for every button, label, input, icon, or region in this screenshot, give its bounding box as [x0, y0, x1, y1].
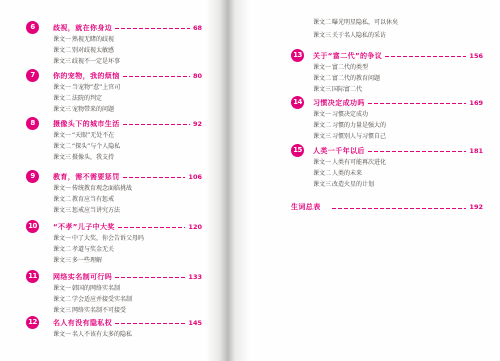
lesson-label: 课文二 — [53, 294, 72, 305]
item-number-badge: 10 — [26, 220, 39, 233]
toc-item-6: 6歧视，就在你身边68课文一熟视无睹的歧视课文二别对歧视太敏感课文三歧视不一定是… — [26, 21, 202, 67]
lesson-title: 孝道与奖金无关 — [72, 244, 114, 255]
toc-item-head: 11网络实名制可行吗133 — [26, 270, 202, 283]
toc-right-column: 课文二曝光明星隐私，可以休矣课文三关于名人隐私的采访 生词总表 192 13关于… — [291, 0, 483, 361]
item-number-badge: 14 — [291, 96, 304, 109]
leader-line — [123, 124, 190, 125]
lesson-title: 传统教育观念面临挑战 — [72, 183, 132, 194]
item-page-number: 68 — [193, 24, 202, 32]
lesson-title: “天眼”无处不在 — [72, 130, 114, 141]
lesson-title: “探头”与个人隐私 — [72, 141, 120, 152]
lesson-title: 曝光明星隐私，可以休矣 — [332, 16, 398, 29]
lesson-title: 惩戒应当讲究方法 — [72, 205, 120, 216]
lesson-title: 学会适应并接受实名制 — [72, 294, 132, 305]
lesson-row: 课文三网络实名制不可接受 — [53, 305, 202, 316]
item-number-badge: 13 — [291, 49, 304, 62]
lesson-label: 课文二 — [53, 93, 72, 104]
toc-item-9: 9教育，需不需要惩罚106课文一传统教育观念面临挑战课文二教育应当有惩戒课文三惩… — [26, 170, 202, 216]
lesson-row: 课文三关于名人隐私的采访 — [313, 29, 483, 42]
lesson-title: 歧视不一定是坏事 — [72, 56, 120, 67]
lesson-row: 课文二法院的判定 — [53, 93, 202, 104]
item-page-number: 156 — [469, 52, 483, 60]
lesson-title: 熟视无睹的歧视 — [72, 34, 114, 45]
item-page-number: 133 — [188, 273, 202, 281]
lesson-label: 课文三 — [53, 104, 72, 115]
lesson-title: 富二代的教育问题 — [332, 73, 380, 84]
lesson-label: 课文二 — [313, 168, 332, 179]
lesson-title: 富二代的类型 — [332, 62, 368, 73]
lesson-label: 课文三 — [313, 131, 332, 142]
lesson-row: 课文二曝光明星隐私，可以休矣 — [313, 16, 483, 29]
lesson-row: 课文一富二代的类型 — [313, 62, 483, 73]
toc-item-15: 15人类一千年以后181课文一人类有可能再次进化课文二人类的未来课文三改造火星的… — [291, 144, 483, 190]
item-title: 歧视，就在你身边 — [53, 23, 112, 33]
toc-item-head: 9教育，需不需要惩罚106 — [26, 170, 202, 183]
item-title: 名人有没有隐私权 — [53, 318, 112, 328]
item-page-number: 120 — [188, 223, 202, 231]
leader-line — [115, 277, 185, 278]
item-page-number: 145 — [188, 319, 202, 327]
item-number-badge: 12 — [26, 316, 39, 329]
leader-line — [385, 56, 466, 57]
lesson-row: 课文一中了大奖，你会告诉父母吗 — [53, 233, 202, 244]
lesson-title: 中了大奖，你会告诉父母吗 — [72, 233, 144, 244]
toc-item-head: 14习惯决定成功吗169 — [291, 96, 483, 109]
book-gutter-shadow — [206, 0, 250, 361]
lesson-row: 课文三习惯别人与习惯自己 — [313, 131, 483, 142]
lesson-row: 课文二“探头”与个人隐私 — [53, 141, 202, 152]
lesson-label: 课文三 — [53, 152, 72, 163]
item-title: 网络实名制可行吗 — [53, 272, 112, 282]
item-title: 习惯决定成功吗 — [313, 98, 365, 108]
toc-item-10: 10“不孝”儿子中大奖120课文一中了大奖，你会告诉父母吗课文二孝道与奖金无关课… — [26, 220, 202, 266]
item-title: 教育，需不需要惩罚 — [53, 172, 120, 182]
toc-item-12: 12名人有没有隐私权145课文一名人不该有太多的隐私 — [26, 316, 202, 340]
lesson-label: 课文一 — [313, 157, 332, 168]
lesson-title: 人类的未来 — [332, 168, 362, 179]
lesson-title: 多一些理解 — [72, 255, 102, 266]
item-12-continuation-lessons: 课文二曝光明星隐私，可以休矣课文三关于名人隐私的采访 — [291, 16, 483, 42]
lesson-label: 课文一 — [53, 183, 72, 194]
toc-item-head: 8摄像头下的城市生活92 — [26, 117, 202, 130]
lesson-label: 课文三 — [313, 29, 332, 42]
lesson-title: 习惯的力量是强大的 — [332, 120, 386, 131]
item-number-badge: 7 — [26, 69, 39, 82]
lesson-row: 课文二习惯的力量是强大的 — [313, 120, 483, 131]
lesson-label: 课文一 — [53, 329, 72, 340]
glossary-row: 生词总表 192 — [291, 201, 483, 213]
lesson-label: 课文二 — [313, 16, 332, 29]
lesson-row: 课文二孝道与奖金无关 — [53, 244, 202, 255]
book-spread: 6歧视，就在你身边68课文一熟视无睹的歧视课文二别对歧视太敏感课文三歧视不一定是… — [0, 0, 500, 361]
lesson-title: 韩国的网络实名制 — [72, 283, 120, 294]
lesson-label: 课文三 — [313, 179, 332, 190]
leader-line — [368, 151, 467, 152]
toc-item-head: 12名人有没有隐私权145 — [26, 316, 202, 329]
lesson-label: 课文一 — [313, 62, 332, 73]
lesson-row: 课文一韩国的网络实名制 — [53, 283, 202, 294]
item-number-badge: 15 — [291, 144, 304, 157]
lesson-title: 教育应当有惩戒 — [72, 194, 114, 205]
lesson-label: 课文三 — [53, 56, 72, 67]
item-page-number: 181 — [469, 147, 483, 155]
lesson-row: 课文一当宠物“惹”上官司 — [53, 82, 202, 93]
lesson-title: 名人不该有太多的隐私 — [72, 329, 132, 340]
toc-item-14: 14习惯决定成功吗169课文一习惯决定成功课文二习惯的力量是强大的课文三习惯别人… — [291, 96, 483, 142]
lesson-row: 课文二别对歧视太敏感 — [53, 45, 202, 56]
lesson-row: 课文一“天眼”无处不在 — [53, 130, 202, 141]
lesson-row: 课文二富二代的教育问题 — [313, 73, 483, 84]
item-title: 人类一千年以后 — [313, 146, 365, 156]
lesson-row: 课文一习惯决定成功 — [313, 109, 483, 120]
leader-line — [332, 208, 467, 209]
lesson-row: 课文二学会适应并接受实名制 — [53, 294, 202, 305]
lesson-row: 课文三歧视不一定是坏事 — [53, 56, 202, 67]
item-page-number: 106 — [188, 173, 202, 181]
lesson-title: 关于名人隐私的采访 — [332, 29, 386, 42]
toc-item-head: 7你的宠物，我的烦恼80 — [26, 69, 202, 82]
lesson-label: 课文一 — [53, 34, 72, 45]
item-page-number: 80 — [193, 72, 202, 80]
lesson-label: 课文三 — [313, 84, 332, 95]
lesson-title: 法院的判定 — [72, 93, 102, 104]
lesson-title: 习惯别人与习惯自己 — [332, 131, 386, 142]
lesson-label: 课文三 — [53, 305, 72, 316]
item-number-badge: 11 — [26, 270, 39, 283]
lesson-row: 课文一传统教育观念面临挑战 — [53, 183, 202, 194]
toc-item-head: 10“不孝”儿子中大奖120 — [26, 220, 202, 233]
toc-left-column: 6歧视，就在你身边68课文一熟视无睹的歧视课文二别对歧视太敏感课文三歧视不一定是… — [26, 0, 202, 361]
item-title: 你的宠物，我的烦恼 — [53, 71, 120, 81]
lesson-row: 课文三摄像头，我支持 — [53, 152, 202, 163]
lesson-label: 课文一 — [53, 130, 72, 141]
toc-item-8: 8摄像头下的城市生活92课文一“天眼”无处不在课文二“探头”与个人隐私课文三摄像… — [26, 117, 202, 163]
lesson-label: 课文二 — [53, 194, 72, 205]
glossary-title: 生词总表 — [291, 202, 321, 212]
item-number-badge: 6 — [26, 21, 39, 34]
item-title: 摄像头下的城市生活 — [53, 119, 120, 129]
lesson-label: 课文三 — [53, 205, 72, 216]
toc-item-13: 13关于“富二代”的争议156课文一富二代的类型课文二富二代的教育问题课文三国际… — [291, 49, 483, 95]
lesson-row: 课文一名人不该有太多的隐私 — [53, 329, 202, 340]
item-number-badge: 9 — [26, 170, 39, 183]
leader-line — [368, 103, 467, 104]
item-page-number: 169 — [469, 99, 483, 107]
leader-line — [123, 76, 190, 77]
lesson-label: 课文一 — [53, 82, 72, 93]
lesson-label: 课文一 — [313, 109, 332, 120]
leader-line — [118, 227, 186, 228]
lesson-label: 课文三 — [53, 255, 72, 266]
lesson-title: 当宠物“惹”上官司 — [72, 82, 120, 93]
leader-line — [123, 177, 186, 178]
item-page-number: 92 — [193, 120, 202, 128]
lesson-row: 课文二教育应当有惩戒 — [53, 194, 202, 205]
lesson-label: 课文二 — [53, 141, 72, 152]
item-number-badge: 8 — [26, 117, 39, 130]
lesson-row: 课文三多一些理解 — [53, 255, 202, 266]
item-title: 关于“富二代”的争议 — [313, 51, 382, 61]
lesson-title: 人类有可能再次进化 — [332, 157, 386, 168]
glossary-page-number: 192 — [469, 203, 483, 211]
lesson-row: 课文三宠物带来的问题 — [53, 104, 202, 115]
lesson-label: 课文二 — [53, 244, 72, 255]
lesson-title: 习惯决定成功 — [332, 109, 368, 120]
lesson-label: 课文二 — [53, 45, 72, 56]
lesson-label: 课文一 — [53, 233, 72, 244]
toc-item-head: 6歧视，就在你身边68 — [26, 21, 202, 34]
item-title: “不孝”儿子中大奖 — [53, 222, 115, 232]
lesson-title: 改造火星的计划 — [332, 179, 374, 190]
lesson-row: 课文三国际富二代 — [313, 84, 483, 95]
lesson-label: 课文二 — [313, 73, 332, 84]
toc-item-11: 11网络实名制可行吗133课文一韩国的网络实名制课文二学会适应并接受实名制课文三… — [26, 270, 202, 316]
lesson-title: 别对歧视太敏感 — [72, 45, 114, 56]
lesson-title: 网络实名制不可接受 — [72, 305, 126, 316]
lesson-label: 课文二 — [313, 120, 332, 131]
toc-item-head: 15人类一千年以后181 — [291, 144, 483, 157]
lesson-row: 课文一人类有可能再次进化 — [313, 157, 483, 168]
lesson-row: 课文三改造火星的计划 — [313, 179, 483, 190]
lesson-row: 课文三惩戒应当讲究方法 — [53, 205, 202, 216]
lesson-title: 宠物带来的问题 — [72, 104, 114, 115]
lesson-title: 摄像头，我支持 — [72, 152, 114, 163]
leader-line — [115, 323, 185, 324]
leader-line — [115, 28, 190, 29]
lesson-row: 课文二人类的未来 — [313, 168, 483, 179]
toc-item-head: 13关于“富二代”的争议156 — [291, 49, 483, 62]
lesson-title: 国际富二代 — [332, 84, 362, 95]
toc-item-7: 7你的宠物，我的烦恼80课文一当宠物“惹”上官司课文二法院的判定课文三宠物带来的… — [26, 69, 202, 115]
lesson-row: 课文一熟视无睹的歧视 — [53, 34, 202, 45]
lesson-label: 课文一 — [53, 283, 72, 294]
